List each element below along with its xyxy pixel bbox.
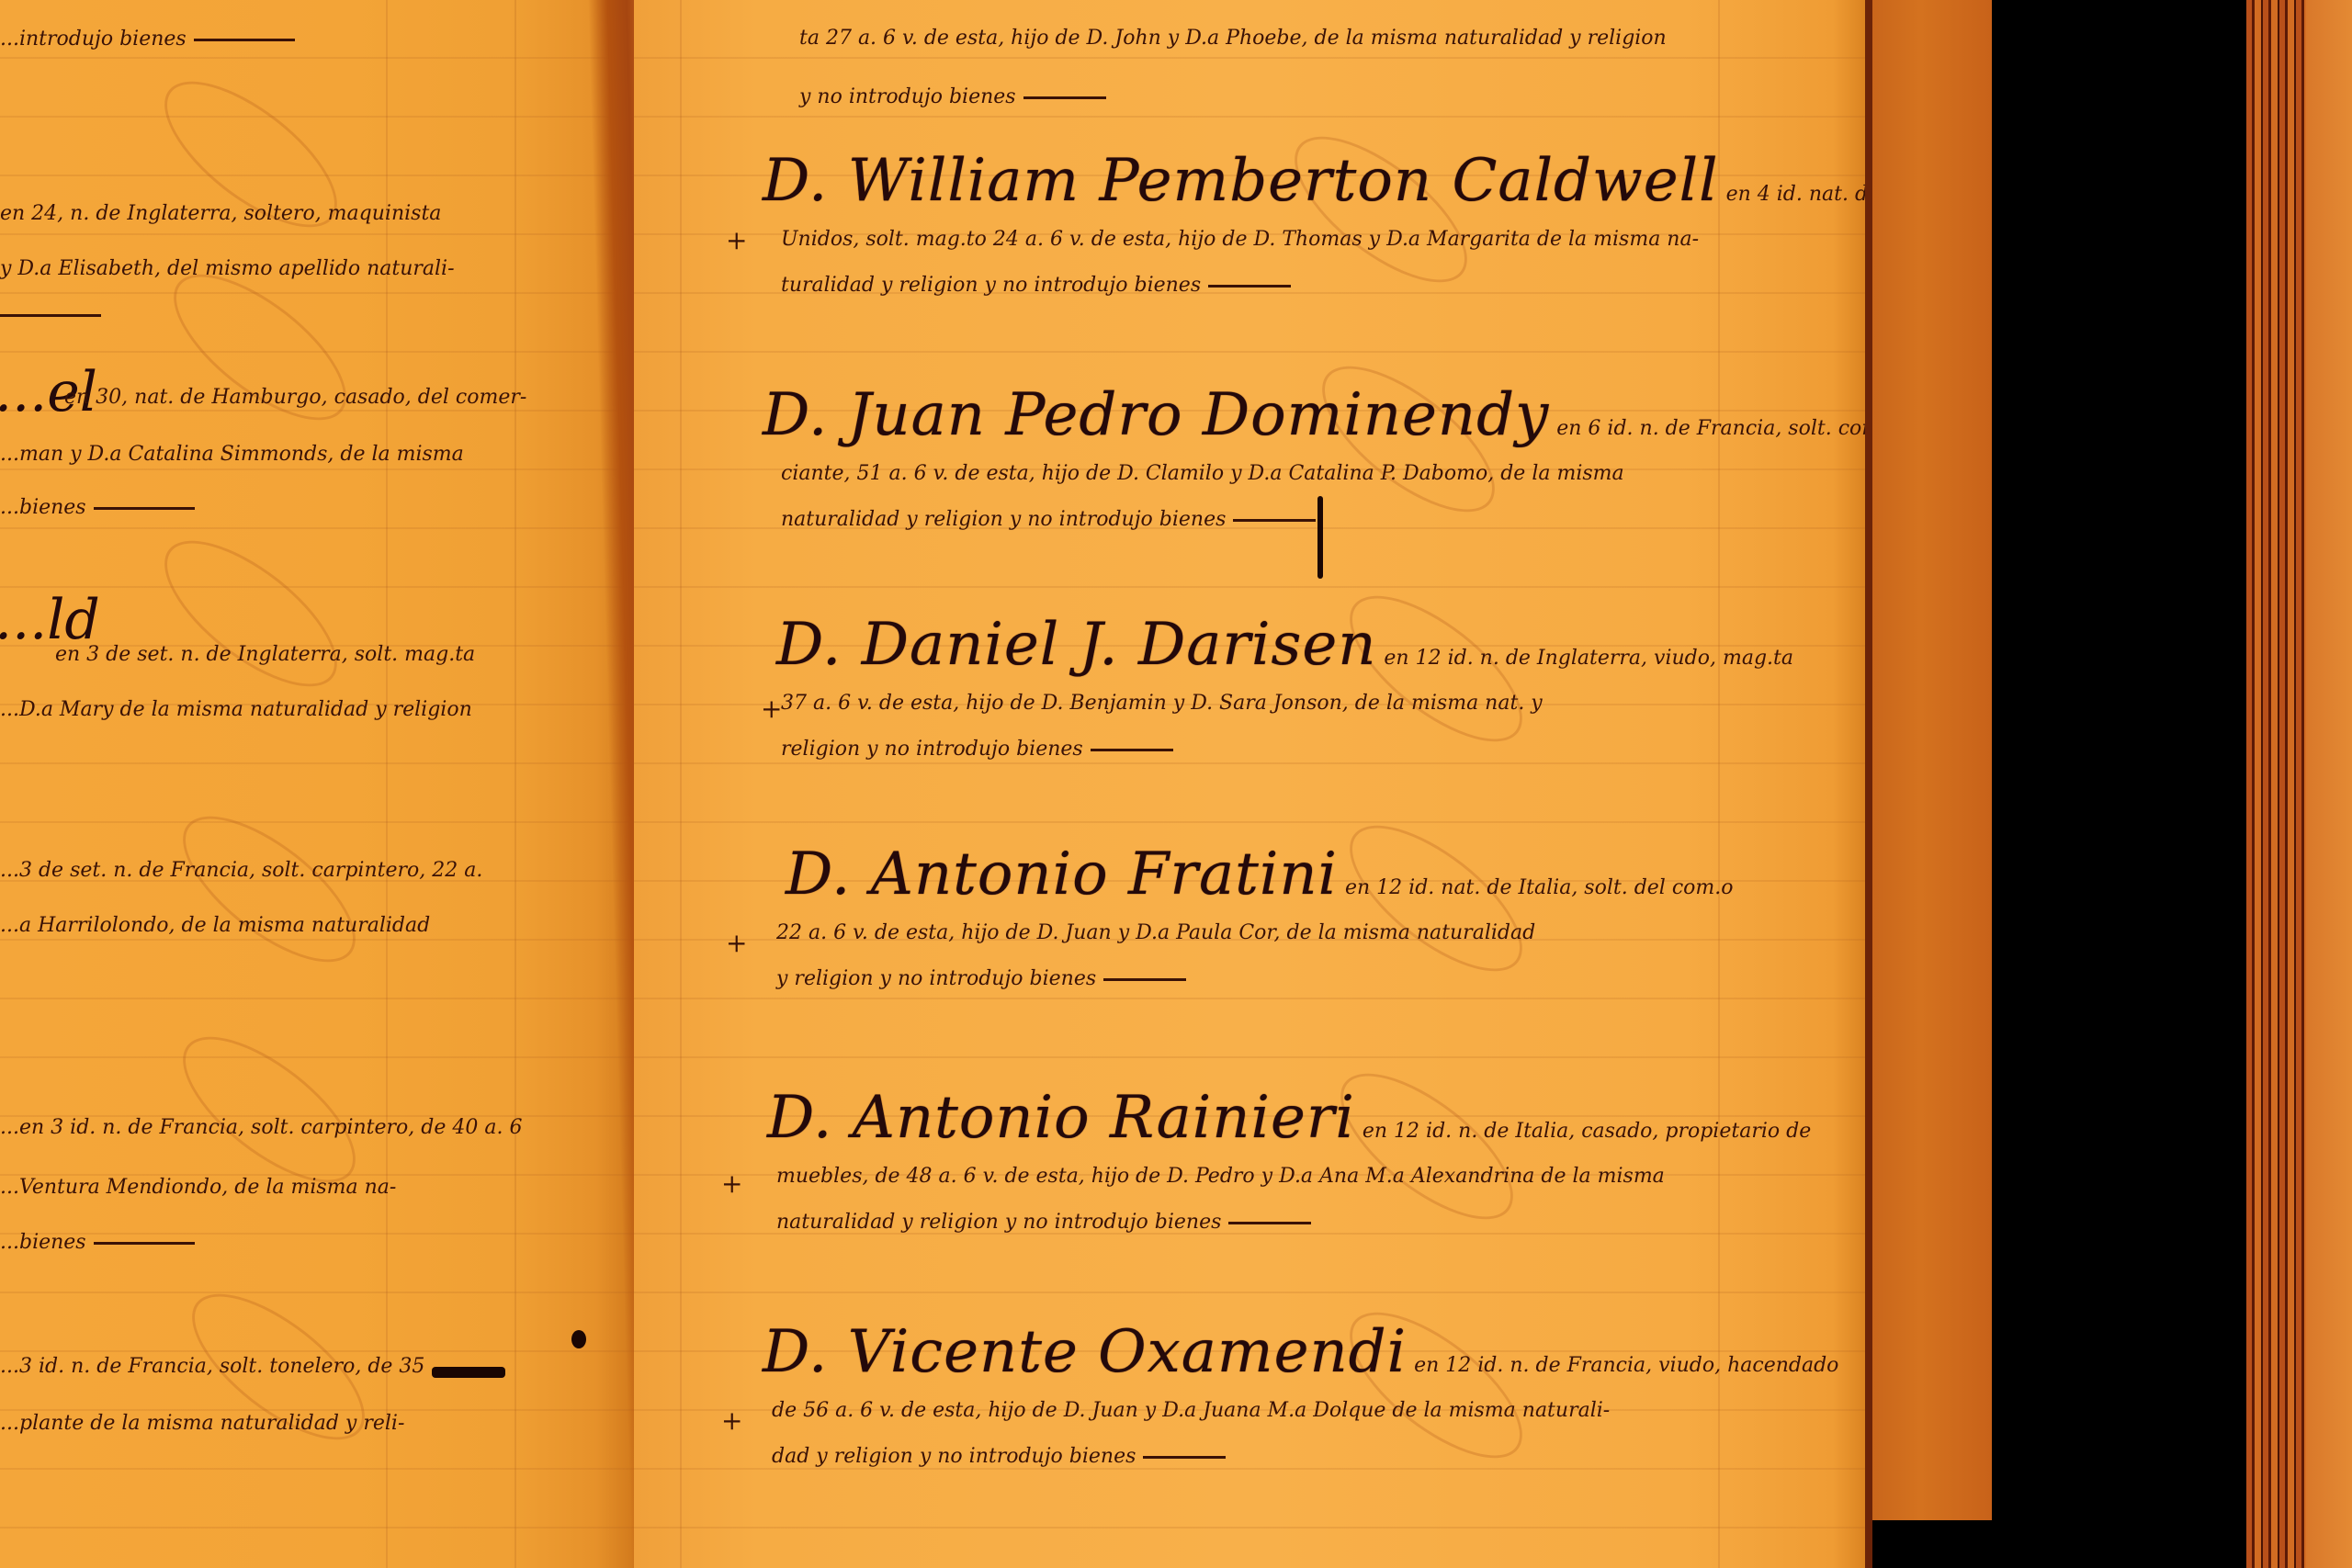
page-edge (1865, 0, 1872, 1568)
left-fragment-line: ...D.a Mary de la misma naturalidad y re… (0, 698, 472, 721)
entry-line: en 12 id. nat. de Italia, solt. del com.… (1345, 876, 1734, 899)
ledger-entry: D. Vicente Oxamendien 12 id. n. de Franc… (763, 1323, 1838, 1486)
ledger-entry: D. Antonio Fratinien 12 id. nat. de Ital… (786, 845, 1734, 1009)
margin-cross-mark: + (721, 1168, 742, 1199)
left-fragment-line: en 30, nat. de Hamburgo, casado, del com… (64, 386, 526, 409)
entry-continuation: ta 27 a. 6 v. de esta, hijo de D. John y… (799, 9, 1667, 127)
next-page-surface (2306, 0, 2352, 1568)
ink-blot (571, 1330, 586, 1348)
left-fragment-line: ...Ventura Mendiondo, de la misma na- (0, 1176, 396, 1199)
margin-rule (514, 0, 516, 1568)
entry-name: D. Antonio Rainieri (767, 1084, 1355, 1152)
left-fragment-line: ...a Harrilolondo, de la misma naturalid… (0, 914, 430, 937)
right-page: ta 27 a. 6 v. de esta, hijo de D. John y… (634, 0, 1870, 1568)
left-fragment-line: y D.a Elisabeth, del mismo apellido natu… (0, 257, 455, 280)
margin-cross-mark: + (761, 694, 782, 724)
entry-line: en 4 id. nat. de los Estados (1726, 183, 1870, 206)
entry-name: D. Juan Pedro Dominendy (763, 381, 1549, 449)
margin-cross-mark: + (721, 1405, 742, 1436)
ink-blot (432, 1367, 505, 1378)
left-fragment-line: en 24, n. de Inglaterra, soltero, maquin… (0, 202, 441, 225)
ink-vertical-stroke (1317, 496, 1323, 579)
left-fragment-line: ...plante de la misma naturalidad y reli… (0, 1412, 404, 1435)
ledger-entry: D. Antonio Rainierien 12 id. n. de Itali… (767, 1089, 1811, 1252)
entry-line: en 12 id. n. de Italia, casado, propieta… (1363, 1120, 1811, 1143)
left-page: ...introdujo bienes en 24, n. de Inglate… (0, 0, 634, 1568)
entry-name: D. Antonio Fratini (786, 840, 1338, 908)
left-fragment-line: ...en 3 id. n. de Francia, solt. carpint… (0, 1116, 522, 1139)
entry-name: D. William Pemberton Caldwell (763, 147, 1719, 215)
ledger-entry: D. Juan Pedro Dominendyen 6 id. n. de Fr… (763, 386, 1870, 549)
left-fragment-line: ...bienes (0, 1231, 195, 1254)
entry-name: D. Vicente Oxamendi (763, 1318, 1407, 1386)
margin-cross-mark: + (726, 928, 747, 958)
left-fragment-line: ...3 id. n. de Francia, solt. tonelero, … (0, 1355, 424, 1378)
margin-rule (386, 0, 388, 1568)
dark-background (1992, 0, 2245, 1568)
left-fragment-line: ...bienes (0, 496, 195, 519)
margin-cross-mark: + (726, 225, 747, 255)
entry-line: en 12 id. n. de Francia, viudo, hacendad… (1414, 1354, 1838, 1377)
left-fragment-line (0, 303, 101, 326)
ledger-entry: D. Daniel J. Darisenen 12 id. n. de Ingl… (776, 615, 1793, 779)
page-flap (1872, 0, 1992, 1520)
entry-line: en 6 id. n. de Francia, solt. comer- (1556, 417, 1870, 440)
ledger-photo: ...introdujo bienes en 24, n. de Inglate… (0, 0, 2352, 1568)
margin-rule (680, 0, 682, 1568)
ruled-lines (0, 0, 634, 1568)
entry-name: D. Daniel J. Darisen (776, 611, 1376, 679)
ledger-entry: D. William Pemberton Caldwellen 4 id. na… (763, 152, 1870, 315)
entry-line: en 12 id. n. de Inglaterra, viudo, mag.t… (1384, 647, 1793, 670)
left-fragment-line: en 3 de set. n. de Inglaterra, solt. mag… (55, 643, 475, 666)
entry-line: y no introdujo bienes (799, 68, 1667, 127)
entry-line: ta 27 a. 6 v. de esta, hijo de D. John y… (799, 9, 1667, 68)
left-fragment-line: ...3 de set. n. de Francia, solt. carpin… (0, 859, 482, 882)
left-fragment-line: ...introdujo bienes (0, 28, 295, 51)
left-fragment-line: ...man y D.a Catalina Simmonds, de la mi… (0, 443, 464, 466)
